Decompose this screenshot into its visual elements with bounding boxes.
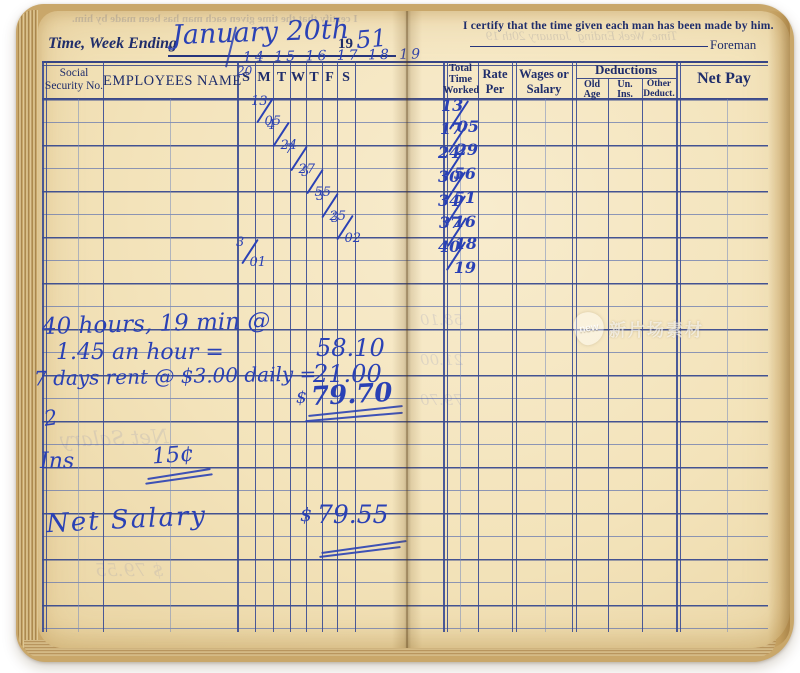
social-security-header-line1: Social bbox=[45, 67, 103, 79]
time-week-ending-label: Time, Week Ending bbox=[48, 35, 177, 53]
other-deduct-header-line2: Deduct. bbox=[642, 89, 676, 99]
daily-time-entry: 302 bbox=[331, 214, 361, 242]
note-ins-label: Ins bbox=[40, 449, 74, 474]
grid-vertical-line bbox=[516, 61, 517, 632]
page-stack-left-edge bbox=[18, 10, 38, 654]
gutter-crease bbox=[406, 11, 408, 648]
grid-vertical-line bbox=[727, 99, 728, 632]
grid-vertical-line bbox=[608, 78, 609, 632]
grid-vertical-line bbox=[255, 61, 256, 632]
day-header-fri: F bbox=[322, 70, 337, 86]
rate-per-header-line2: Per bbox=[478, 82, 512, 97]
grid-vertical-line bbox=[572, 61, 573, 632]
certify-statement: I certify that the time given each man h… bbox=[463, 20, 774, 32]
foreman-label: Foreman bbox=[710, 37, 756, 53]
grid-vertical-line bbox=[46, 61, 47, 632]
watermark-logo-label: new bbox=[579, 322, 600, 336]
grid-vertical-line bbox=[642, 78, 643, 632]
grid-vertical-line bbox=[237, 61, 239, 632]
grid-vertical-line bbox=[545, 99, 546, 632]
note-rate-line: 1.45 an hour = bbox=[56, 340, 224, 365]
page-deckle-right-edge bbox=[768, 11, 790, 648]
grid-vertical-line bbox=[576, 61, 577, 632]
timebook-photo: Time, Week Ending January 20th 19 51 14 … bbox=[0, 0, 800, 673]
day-header-sun: S bbox=[237, 70, 255, 86]
note-rent-line: 7 days rent @ $3.00 daily = bbox=[34, 362, 317, 391]
rate-per-header-line1: Rate bbox=[478, 67, 512, 82]
daily-time-entry: 301 bbox=[236, 238, 266, 266]
day-header-wed: W bbox=[290, 70, 306, 86]
employees-name-header: EMPLOYEES NAME bbox=[103, 73, 237, 90]
total-time-header-line1: Total bbox=[443, 63, 478, 74]
note-gross-currency: $ bbox=[296, 388, 307, 408]
foreman-signature-line bbox=[470, 46, 708, 47]
grid-vertical-line bbox=[680, 61, 681, 632]
total-time-entry: 4019 bbox=[438, 240, 476, 273]
grid-vertical-line bbox=[42, 61, 44, 632]
day-header-sat: S bbox=[337, 70, 355, 86]
total-time-header-line2: Time bbox=[443, 74, 478, 85]
social-security-header-line2: Security No. bbox=[42, 80, 106, 92]
grid-vertical-line bbox=[478, 61, 479, 632]
deductions-header: Deductions bbox=[576, 62, 676, 78]
net-pay-header: Net Pay bbox=[679, 70, 769, 88]
note-net-amount: 79.55 bbox=[317, 500, 389, 529]
grid-vertical-line bbox=[676, 61, 678, 632]
un-ins-header-line2: Ins. bbox=[608, 89, 642, 100]
total-time-header-line3: Worked bbox=[443, 85, 478, 96]
watermark-text: 新片场素材 bbox=[609, 316, 704, 341]
watermark: new 新片场素材 bbox=[574, 312, 704, 345]
day-header-thu: T bbox=[306, 70, 322, 86]
grid-vertical-line bbox=[512, 61, 513, 632]
day-header-tue: T bbox=[273, 70, 290, 86]
watermark-logo-icon: new bbox=[572, 310, 606, 347]
handwritten-week-ending-date: January 20th bbox=[172, 14, 350, 51]
note-ins-amount: 15¢ bbox=[151, 442, 195, 470]
wages-header-line2: Salary bbox=[516, 82, 572, 97]
note-wages-amount: 58.10 bbox=[316, 334, 385, 362]
note-net-currency: $ bbox=[300, 504, 312, 526]
old-age-header-line2: Age bbox=[576, 89, 608, 100]
day-header-mon: M bbox=[255, 70, 273, 86]
wages-header-line1: Wages or bbox=[516, 67, 572, 82]
other-deduct-header-line1: Other bbox=[642, 79, 676, 89]
